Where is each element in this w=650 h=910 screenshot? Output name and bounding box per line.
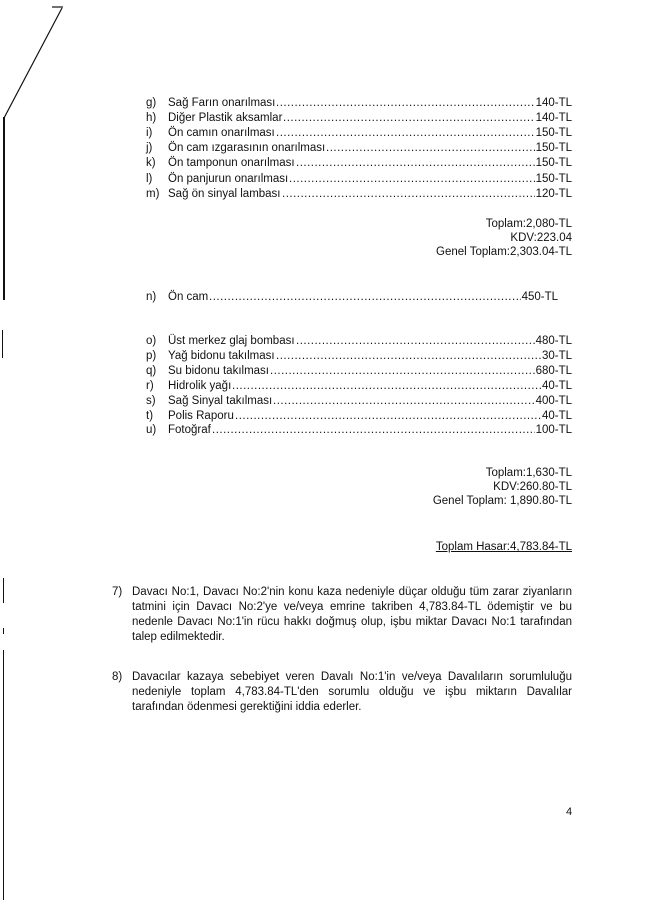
line-item-text: Ön tamponun onarılması [168,157,295,169]
line-item-amount: 450-TL [522,290,558,305]
line-item-text: Ön cam [168,291,208,303]
leader-dots: ........................................… [270,364,535,379]
line-item-amount: 400-TL [536,394,572,409]
line-item: r)Hidrolik yağı.........................… [146,379,572,394]
line-item-label: k) [146,156,168,171]
line-item-label: l) [146,172,168,187]
line-item: m)Sağ ön sinyal lambası.................… [146,187,572,202]
scan-edge-line [3,117,5,300]
leader-dots: ........................................… [276,96,535,111]
leader-dots: ........................................… [235,409,541,424]
leader-dots: ........................................… [209,290,521,305]
line-item-label: h) [146,111,168,126]
line-item-amount: 150-TL [536,172,572,187]
line-item-label: t) [146,409,168,424]
line-item-label: s) [146,394,168,409]
scan-edge-line [2,330,3,358]
line-item-amount: 140-TL [536,111,572,126]
section3-totals: Toplam:1,630-TL KDV:260.80-TL Genel Topl… [433,466,572,508]
leader-dots: ........................................… [273,394,535,409]
line-item-label: p) [146,349,168,364]
scan-binding-edge [2,6,64,118]
line-item-amount: 150-TL [536,126,572,141]
section1-totals: Toplam:2,080-TL KDV:223.04 Genel Toplam:… [436,217,572,259]
line-item: s)Sağ Sinyal takılması..................… [146,394,572,409]
line-item: q)Su bidonu takılması...................… [146,364,572,379]
line-item: o)Üst merkez glaj bombası...............… [146,334,572,349]
line-item-text: Hidrolik yağı [168,380,231,392]
section3-kdv: KDV:260.80-TL [433,480,572,494]
line-item: h)Diğer Plastik aksamlar................… [146,111,572,126]
line-item-amount: 150-TL [536,141,572,156]
leader-dots: ........................................… [232,379,541,394]
line-item-amount: 480-TL [536,334,572,349]
line-item-text: Üst merkez glaj bombası [168,335,295,347]
paragraph-text: Davacı No:1, Davacı No:2'nin konu kaza n… [132,585,572,645]
line-item-label: i) [146,126,168,141]
line-item-text: Sağ Farın onarılması [168,97,275,109]
section1-kdv: KDV:223.04 [436,231,572,245]
line-item-amount: 120-TL [536,187,572,202]
section3-toplam: Toplam:1,630-TL [433,466,572,480]
paragraph-8: 8) Davacılar kazaya sebebiyet veren Dava… [112,670,572,715]
scan-edge-line [3,628,4,634]
leader-dots: ........................................… [283,111,535,126]
scan-edge-line [3,650,4,900]
line-item-amount: 40-TL [542,379,572,394]
section1-toplam: Toplam:2,080-TL [436,217,572,231]
leader-dots: ........................................… [326,141,535,156]
line-item-text: Polis Raporu [168,410,234,422]
line-item-text: Sağ Sinyal takılması [168,395,272,407]
line-item: i)Ön camın onarılması...................… [146,126,572,141]
line-item-amount: 680-TL [536,364,572,379]
paragraph-7: 7) Davacı No:1, Davacı No:2'nin konu kaz… [112,585,572,645]
paragraph-number: 8) [112,670,122,685]
leader-dots: ........................................… [289,172,535,187]
leader-dots: ........................................… [212,423,535,438]
page-number: 4 [566,806,572,818]
line-item: j)Ön cam ızgarasının onarılması.........… [146,141,572,156]
line-item-amount: 140-TL [536,96,572,111]
leader-dots: ........................................… [296,156,535,171]
line-item-text: Ön panjurun onarılması [168,173,288,185]
line-item-text: Sağ ön sinyal lambası [168,188,281,200]
line-item-text: Ön camın onarılması [168,127,275,139]
line-item: t)Polis Raporu..........................… [146,409,572,424]
line-item-amount: 40-TL [542,409,572,424]
line-item-label: m) [146,187,168,202]
line-item-label: n) [146,290,168,305]
line-item-label: o) [146,334,168,349]
line-item-amount: 150-TL [536,156,572,171]
line-item: u)Fotoğraf..............................… [146,423,572,438]
line-item: k)Ön tamponun onarılması................… [146,156,572,171]
line-item-label: r) [146,379,168,394]
line-item-label: j) [146,141,168,156]
line-item: g)Sağ Farın onarılması..................… [146,96,572,111]
line-item-text: Su bidonu takılması [168,365,269,377]
line-item-text: Yağ bidonu takılması [168,350,275,362]
line-item-label: q) [146,364,168,379]
paragraph-text: Davacılar kazaya sebebiyet veren Davalı … [132,670,572,715]
line-item-amount: 30-TL [542,349,572,364]
toplam-hasar: Toplam Hasar:4,783.84-TL [436,541,572,553]
line-item-text: Fotoğraf [168,424,211,436]
leader-dots: ........................................… [276,126,535,141]
line-item-text: Diğer Plastik aksamlar [168,112,282,124]
leader-dots: ........................................… [282,187,535,202]
line-item: n)Ön cam................................… [146,290,558,305]
leader-dots: ........................................… [276,349,541,364]
paragraph-number: 7) [112,585,122,600]
section1-genel-toplam: Genel Toplam:2,303.04-TL [436,245,572,259]
line-item-label: g) [146,96,168,111]
section3-genel-toplam: Genel Toplam: 1,890.80-TL [433,494,572,508]
line-item-label: u) [146,423,168,438]
line-item-amount: 100-TL [536,423,572,438]
line-item: l)Ön panjurun onarılması................… [146,172,572,187]
line-item-text: Ön cam ızgarasının onarılması [168,142,325,154]
leader-dots: ........................................… [296,334,535,349]
line-item: p)Yağ bidonu takılması..................… [146,349,572,364]
scan-edge-line [3,578,4,603]
